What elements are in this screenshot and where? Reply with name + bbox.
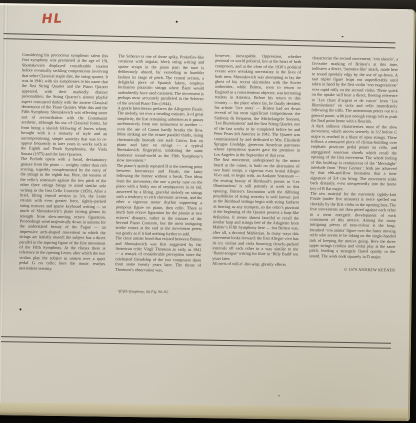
spine-crease (0, 3, 8, 415)
author-credit: © 1979 ANDREW KEENER (309, 267, 395, 273)
bottom-divider-rule (1, 336, 391, 349)
liner-notes-column-4: characterise the second movement; ‘con s… (309, 51, 401, 294)
dust-speck (278, 395, 280, 396)
dust-speck (176, 21, 178, 23)
liner-notes-column-2: The Scherzo is one of those spiky, Proko… (115, 54, 207, 297)
liner-notes-text-2: The Scherzo is one of those spiky, Proko… (115, 54, 204, 274)
liner-notes-column-3: however, inescapable. Oppression, whethe… (212, 53, 304, 296)
dust-speck (342, 36, 344, 37)
dust-speck (19, 308, 21, 310)
liner-notes-text-4: characterise the second movement; ‘con s… (309, 51, 398, 278)
photo-background: HL Considering his precocious symphonic … (0, 0, 416, 423)
liner-notes-text-4-body: characterise the second movement; ‘con s… (309, 56, 398, 260)
liner-notes-text-1: Considering his precocious symphonic tal… (19, 52, 108, 272)
handwritten-mark: HL (41, 11, 63, 27)
liner-notes-column-1: Considering his precocious symphonic tal… (19, 52, 111, 295)
cover-bottom-edge (0, 402, 408, 421)
liner-notes-text-3: however, inescapable. Oppression, whethe… (212, 53, 301, 268)
top-divider-rule (3, 33, 395, 48)
album-back-cover: HL Considering his precocious symphonic … (0, 3, 416, 421)
